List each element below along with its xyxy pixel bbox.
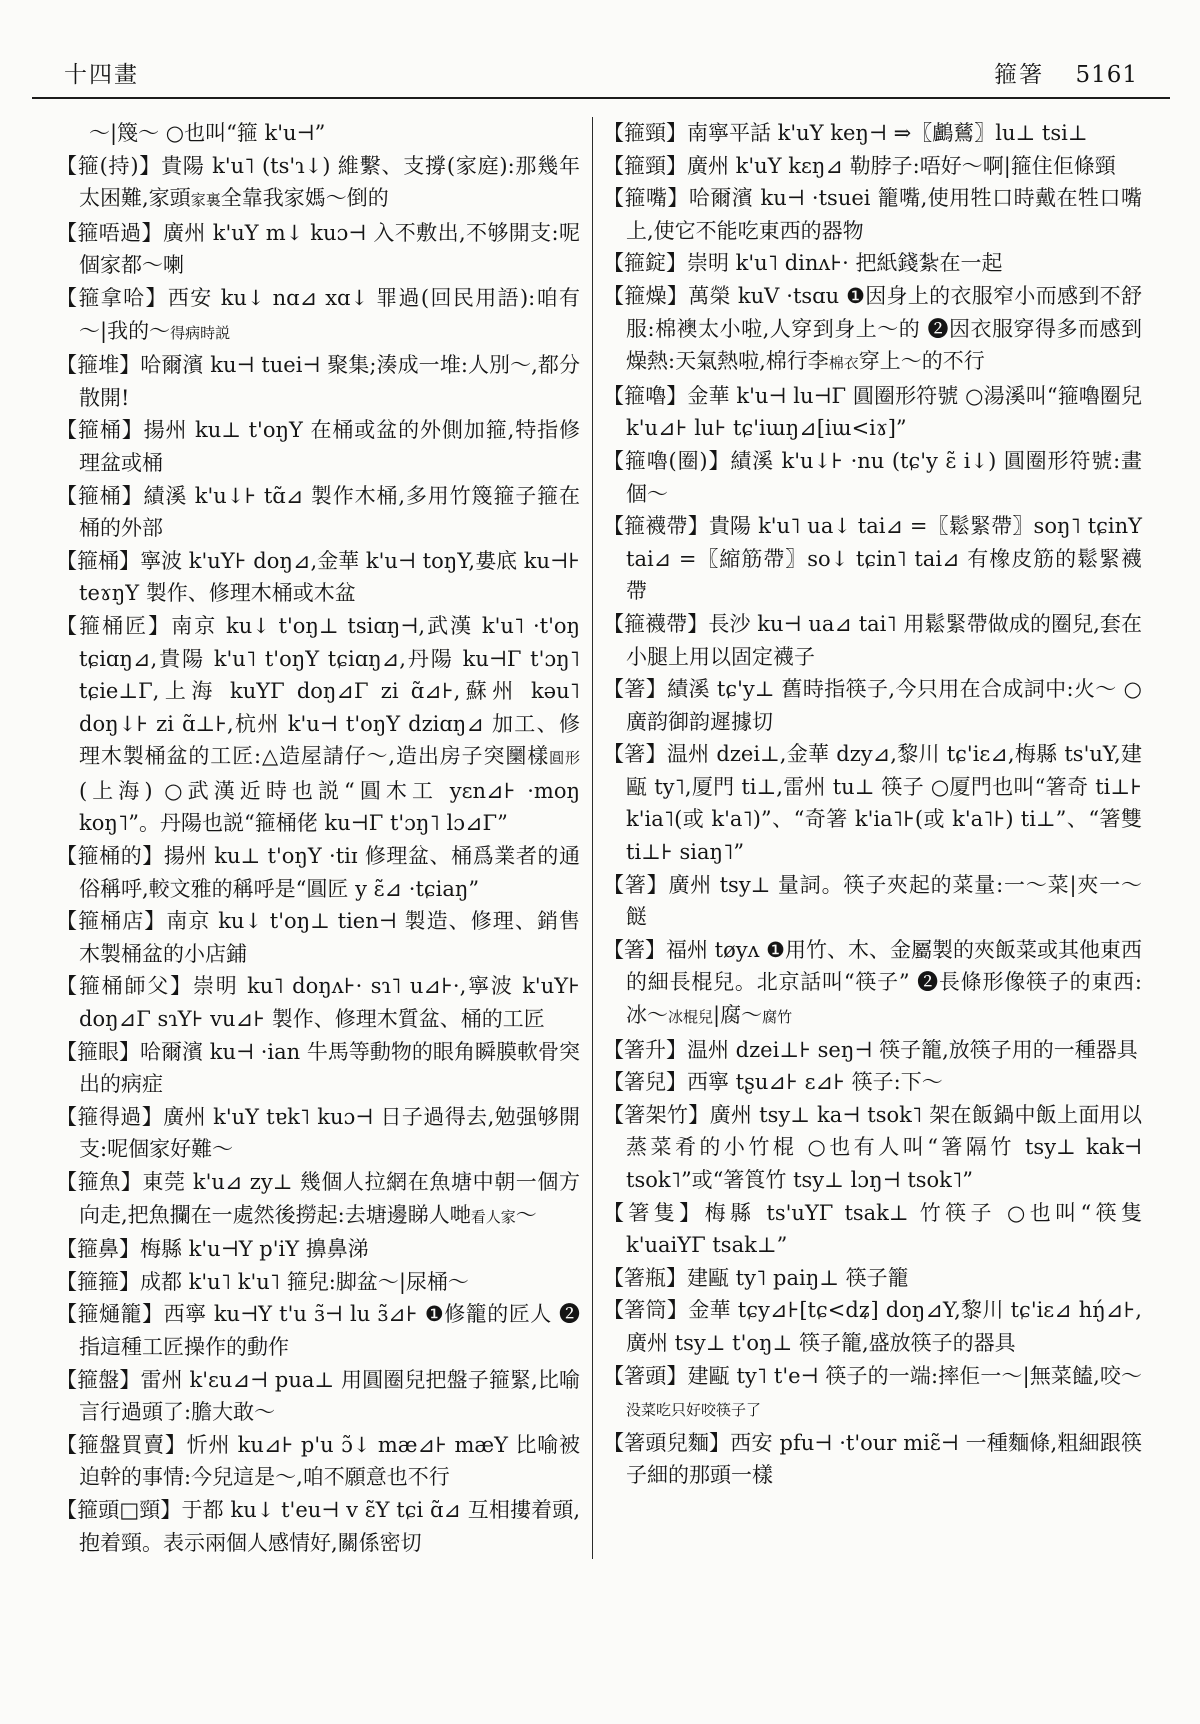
dict-entry: 【箍桶】揚州 ku⊥ t'oŋY 在桶或盆的外側加箍,特指修理盆或桶: [56, 414, 580, 479]
dict-entry: 【箍錠】崇明 k'u˥ dinʌ⊦· 把紙錢紮在一起: [603, 247, 1142, 280]
dict-entry: 【箍燥】萬榮 kuV ·tsɑu ❶因身上的衣服窄小而感到不舒服:棉襖太小啦,人…: [603, 280, 1142, 380]
dict-entry: 【箍眼】哈爾濱 ku⊣ ·ian 牛馬等動物的眼角瞬膜軟骨突出的病症: [56, 1036, 580, 1101]
dict-entry: 【箸頭兒麵】西安 pfu⊣ ·t'our miɛ̃⊣ 一種麵條,粗細跟筷子細的那…: [603, 1427, 1142, 1492]
entry-headword: 【箍箍】: [56, 1270, 140, 1294]
entry-headword: 【箍拿哈】: [56, 286, 168, 310]
entry-headword: 【箍襪帶】: [603, 612, 708, 636]
gloss-annotation: 圓形: [549, 749, 580, 767]
entry-text: 哈爾濱 ku⊣ tuei⊣ 聚集;湊成一堆:人別～,都分散開!: [79, 353, 580, 410]
entry-headword: 【箍(持)】: [56, 154, 161, 178]
entry-headword: 【箸兒】: [603, 1070, 687, 1094]
entry-text: 西寧 tʂu⊿⊦ ɛ⊿⊦ 筷子:下～: [687, 1070, 943, 1094]
entry-text: 温州 dzei⊥,金華 dzy⊿,黎川 tɕ'iɛ⊿,梅縣 ts'uY,建甌 t…: [626, 742, 1142, 864]
dict-entry: 【箸】福州 tøyʌ ❶用竹、木、金屬製的夾飯菜或其他東西的細長棍兒。北京話叫“…: [603, 934, 1142, 1034]
header-right: 箍箸 5161: [994, 56, 1138, 89]
entry-headword: 【箍頸】: [603, 121, 687, 145]
right-column: 【箍頸】南寧平話 k'uY keŋ⊣ ⇒〖鸕鶿〗lu⊥ tsi⊥【箍頸】廣州 k…: [603, 117, 1142, 1559]
dict-entry: 【箍魚】東莞 k'u⊿ zy⊥ 幾個人拉網在魚塘中朝一個方向走,把魚攔在一處然後…: [56, 1166, 580, 1233]
dict-entry: 【箍拿哈】西安 ku↓ nɑ⊿ xɑ↓ 罪過(回民用語):咱有～|我的～得病時説: [56, 282, 580, 349]
entry-headword: 【箸】: [603, 938, 666, 962]
entry-headword: 【箍魚】: [56, 1170, 142, 1194]
entry-headword: 【箍桶】: [56, 418, 144, 442]
entry-text: 廣州 k'uY kɛŋ⊿ 勒脖子:唔好～啊|箍住佢條頸: [687, 154, 1116, 178]
dict-entry: 【箍桶匠】南京 ku↓ t'oŋ⊥ tsiɑŋ⊣,武漢 k'u˥ ·t'oŋ t…: [56, 610, 580, 840]
dict-entry: 【箍盤買賣】忻州 ku⊿⊦ p'u ɔ̃↓ mæ⊿⊦ mæY 比喻被迫幹的事情:…: [56, 1429, 580, 1494]
entry-headword: 【箍嘴】: [603, 186, 689, 210]
dict-entry: 【箍桶師父】崇明 ku˥ doŋʌ⊦· sɿ˥ u⊿⊦·,寧波 k'uY⊦ do…: [56, 970, 580, 1035]
gloss-annotation: 没菜吃只好咬筷子了: [626, 1401, 761, 1419]
entry-headword: 【箍桶】: [56, 549, 140, 573]
entry-headword: 【箍嚕】: [603, 384, 687, 408]
left-column: ～|篾～ ○也叫“箍 k'u⊣”【箍(持)】貴陽 k'u˥ (ts'ɿ↓) 維繫…: [56, 117, 580, 1559]
dict-entry: 【箍襪帶】貴陽 k'u˥ ua↓ tai⊿ =〖鬆緊帶〗soŋ˥ tɕinY t…: [603, 510, 1142, 608]
entry-text: 廣州 tsy⊥ 量詞。筷子夾起的菜量:一～菜|夾一～餸: [626, 873, 1142, 930]
dict-entry: 【箍熥籠】西寧 ku⊣Y t'u ɜ̃⊣ lu ɜ̃⊿⊦ ❶修籠的匠人 ❷指這種…: [56, 1298, 580, 1363]
entry-headword: 【箍堆】: [56, 353, 140, 377]
entry-text: 温州 dzei⊥⊦ seŋ⊣ 筷子籠,放筷子用的一種器具: [687, 1038, 1138, 1062]
entry-headword: 【箍熥籠】: [56, 1302, 164, 1326]
dict-entry: 【箸瓶】建甌 ty˥ paiŋ⊥ 筷子籠: [603, 1262, 1142, 1295]
dict-entry: 【箍嚕(圈)】績溪 k'u↓⊦ ·nu (tɕ'y ɛ̃ i↓) 圓圈形符號:畫…: [603, 445, 1142, 510]
dict-entry: 【箸】績溪 tɕ'y⊥ 舊時指筷子,今只用在合成詞中:火～ ○廣韵御韵遲據切: [603, 673, 1142, 738]
entry-headword: 【箍桶師父】: [56, 974, 193, 998]
entry-headword: 【箍鼻】: [56, 1237, 140, 1261]
entry-headword: 【箍桶店】: [56, 909, 166, 933]
entry-text: ～: [516, 1203, 537, 1227]
gloss-annotation: 棉衣: [829, 354, 859, 372]
entry-text: 績溪 k'u↓⊦ tɑ̃⊿ 製作木桶,多用竹篾箍子箍在桶的外部: [79, 484, 580, 541]
entry-text: 哈爾濱 ku⊣ ·ian 牛馬等動物的眼角瞬膜軟骨突出的病症: [79, 1040, 580, 1097]
dict-entry: 【箍襪帶】長沙 ku⊣ ua⊿ tai˥ 用鬆緊帶做成的圈兒,套在小腿上用以固定…: [603, 608, 1142, 673]
gloss-annotation: 腐竹: [762, 1008, 792, 1026]
dict-entry: 【箸兒】西寧 tʂu⊿⊦ ɛ⊿⊦ 筷子:下～: [603, 1066, 1142, 1099]
dict-entry: 【箍頸】廣州 k'uY kɛŋ⊿ 勒脖子:唔好～啊|箍住佢條頸: [603, 150, 1142, 183]
entry-headword: 【箍襪帶】: [603, 514, 709, 538]
entry-text: (上海) ○武漢近時也説“圓木工 yɛn⊿⊦ ·moŋ koŋ˥”。丹陽也説“箍…: [79, 779, 580, 836]
dict-entry: ～|篾～ ○也叫“箍 k'u⊣”: [56, 117, 580, 150]
gloss-annotation: 家裏: [191, 191, 221, 209]
page-number: 5161: [1075, 62, 1138, 88]
entry-text: 寧波 k'uY⊦ doŋ⊿,金華 k'u⊣ toŋY,婁底 ku⊣⊦ teɤŋY…: [79, 549, 580, 606]
dict-entry: 【箸】廣州 tsy⊥ 量詞。筷子夾起的菜量:一～菜|夾一～餸: [603, 869, 1142, 934]
entry-text: |腐～: [713, 1003, 762, 1027]
dict-entry: 【箍唔過】廣州 k'uY m↓ kuɔ⊣ 入不敷出,不够開支:呢個家都～喇: [56, 217, 580, 282]
entry-headword: 【箸】: [603, 742, 667, 766]
entry-headword: 【箸頭兒麵】: [603, 1431, 730, 1455]
gloss-annotation: 看人家: [471, 1208, 516, 1226]
dict-entry: 【箍桶的】揚州 ku⊥ t'oŋY ·tiɪ 修理盆、桶爲業者的通俗稱呼,較文雅…: [56, 840, 580, 905]
entry-headword: 【箸隻】: [603, 1201, 705, 1225]
entry-headword: 【箍燥】: [603, 284, 688, 308]
entry-text: 哈爾濱 ku⊣ ·tsuei 籠嘴,使用牲口時戴在牲口嘴上,使它不能吃東西的器物: [626, 186, 1142, 243]
entry-headword: 【箍錠】: [603, 251, 687, 275]
dict-entry: 【箍桶】績溪 k'u↓⊦ tɑ̃⊿ 製作木桶,多用竹篾箍子箍在桶的外部: [56, 480, 580, 545]
entry-headword: 【箍得過】: [56, 1105, 163, 1129]
entry-text: 崇明 k'u˥ dinʌ⊦· 把紙錢紮在一起: [687, 251, 1003, 275]
gloss-annotation: 冰棍兒: [668, 1008, 713, 1026]
entry-headword: 【箍桶匠】: [56, 614, 171, 638]
dictionary-body: ～|篾～ ○也叫“箍 k'u⊣”【箍(持)】貴陽 k'u˥ (ts'ɿ↓) 維繫…: [0, 99, 1200, 1559]
entry-text: 績溪 tɕ'y⊥ 舊時指筷子,今只用在合成詞中:火～ ○廣韵御韵遲據切: [626, 677, 1142, 734]
entry-headword: 【箍嚕(圈)】: [603, 449, 730, 473]
entry-text: 建甌 ty˥ paiŋ⊥ 筷子籠: [687, 1266, 909, 1290]
entry-headword: 【箍眼】: [56, 1040, 140, 1064]
entry-headword: 【箍桶的】: [56, 844, 164, 868]
dict-entry: 【箸隻】梅縣 ts'uYΓ tsak⊥ 竹筷子 ○也叫“筷隻 k'uaiYΓ t…: [603, 1197, 1142, 1262]
entry-text: 梅縣 k'u⊣Y p'iY 擤鼻涕: [140, 1237, 369, 1261]
dict-entry: 【箸筒】金華 tɕy⊿⊦[tɕ<dʑ] doŋ⊿Y,黎川 tɕ'iɛ⊿ hŋ́⊿…: [603, 1294, 1142, 1359]
entry-text: 穿上～的不行: [859, 349, 985, 373]
dict-entry: 【箍桶】寧波 k'uY⊦ doŋ⊿,金華 k'u⊣ toŋY,婁底 ku⊣⊦ t…: [56, 545, 580, 610]
dict-entry: 【箍桶店】南京 ku↓ t'oŋ⊥ tien⊣ 製造、修理、銷售木製桶盆的小店鋪: [56, 905, 580, 970]
column-divider: [592, 117, 593, 1559]
dict-entry: 【箸】温州 dzei⊥,金華 dzy⊿,黎川 tɕ'iɛ⊿,梅縣 ts'uY,建…: [603, 738, 1142, 868]
dict-entry: 【箍頭□頸】于都 ku↓ t'eu⊣ v ɛ̃Y tɕi ɑ̃⊿ 互相摟着頭,抱…: [56, 1494, 580, 1559]
entry-text: 南寧平話 k'uY keŋ⊣ ⇒〖鸕鶿〗lu⊥ tsi⊥: [687, 121, 1088, 145]
entry-text: ～|篾～ ○也叫“箍 k'u⊣”: [89, 121, 325, 145]
entry-text: 金華 tɕy⊿⊦[tɕ<dʑ] doŋ⊿Y,黎川 tɕ'iɛ⊿ hŋ́⊿⊦,廣州…: [626, 1298, 1142, 1355]
entry-text: 雷州 k'ɛu⊿⊣ pua⊥ 用圓圈兒把盤子箍緊,比喻言行過頭了:膽大敢～: [79, 1368, 580, 1425]
dict-entry: 【箸架竹】廣州 tsy⊥ ka⊣ tsok˥ 架在飯鍋中飯上面用以蒸菜肴的小竹棍…: [603, 1099, 1142, 1197]
entry-headword: 【箸瓶】: [603, 1266, 687, 1290]
dict-entry: 【箍(持)】貴陽 k'u˥ (ts'ɿ↓) 維繫、支撐(家庭):那幾年太困難,家…: [56, 150, 580, 217]
dict-entry: 【箍得過】廣州 k'uY tɐk˥ kuɔ⊣ 日子過得去,勉强够開支:呢個家好難…: [56, 1101, 580, 1166]
dict-entry: 【箍頸】南寧平話 k'uY keŋ⊣ ⇒〖鸕鶿〗lu⊥ tsi⊥: [603, 117, 1142, 150]
entry-headword: 【箸筒】: [603, 1298, 688, 1322]
entry-headword: 【箍唔過】: [56, 221, 163, 245]
dictionary-page: 十四畫 箍箸 5161 ～|篾～ ○也叫“箍 k'u⊣”【箍(持)】貴陽 k'u…: [0, 0, 1200, 1724]
entry-headword: 【箸頭】: [603, 1364, 687, 1388]
radical-stroke-label: 十四畫: [64, 56, 139, 89]
entry-headword: 【箍盤】: [56, 1368, 141, 1392]
dict-entry: 【箸升】温州 dzei⊥⊦ seŋ⊣ 筷子籠,放筷子用的一種器具: [603, 1034, 1142, 1067]
entry-headword: 【箍頸】: [603, 154, 687, 178]
dict-entry: 【箍嘴】哈爾濱 ku⊣ ·tsuei 籠嘴,使用牲口時戴在牲口嘴上,使它不能吃東…: [603, 182, 1142, 247]
guide-word: 箍箸: [994, 62, 1044, 88]
entry-text: 全靠我家媽～倒的: [221, 186, 389, 210]
entry-headword: 【箍頭□頸】: [56, 1498, 181, 1522]
entry-headword: 【箍盤買賣】: [56, 1433, 187, 1457]
entry-headword: 【箍桶】: [56, 484, 144, 508]
dict-entry: 【箍盤】雷州 k'ɛu⊿⊣ pua⊥ 用圓圈兒把盤子箍緊,比喻言行過頭了:膽大敢…: [56, 1364, 580, 1429]
page-header: 十四畫 箍箸 5161: [0, 0, 1200, 89]
dict-entry: 【箍堆】哈爾濱 ku⊣ tuei⊣ 聚集;湊成一堆:人別～,都分散開!: [56, 349, 580, 414]
entry-headword: 【箸】: [603, 873, 668, 897]
entry-text: 建甌 ty˥ t'e⊣ 筷子的一端:摔佢一～|無菜饁,咬～: [687, 1364, 1142, 1388]
entry-text: 成都 k'u˥ k'u˥ 箍兒:脚盆～|尿桶～: [140, 1270, 469, 1294]
dict-entry: 【箸頭】建甌 ty˥ t'e⊣ 筷子的一端:摔佢一～|無菜饁,咬～没菜吃只好咬筷…: [603, 1360, 1142, 1427]
gloss-annotation: 得病時説: [170, 324, 230, 342]
entry-headword: 【箸升】: [603, 1038, 687, 1062]
entry-text: 金華 k'u⊣ lu⊣Γ 圓圈形符號 ○湯溪叫“箍嚕圈兒 k'u⊿⊦ lu⊦ t…: [626, 384, 1142, 441]
entry-headword: 【箸】: [603, 677, 667, 701]
entry-headword: 【箸架竹】: [603, 1103, 710, 1127]
entry-text: 揚州 ku⊥ t'oŋY 在桶或盆的外側加箍,特指修理盆或桶: [79, 418, 580, 475]
dict-entry: 【箍箍】成都 k'u˥ k'u˥ 箍兒:脚盆～|尿桶～: [56, 1266, 580, 1299]
dict-entry: 【箍鼻】梅縣 k'u⊣Y p'iY 擤鼻涕: [56, 1233, 580, 1266]
dict-entry: 【箍嚕】金華 k'u⊣ lu⊣Γ 圓圈形符號 ○湯溪叫“箍嚕圈兒 k'u⊿⊦ l…: [603, 380, 1142, 445]
